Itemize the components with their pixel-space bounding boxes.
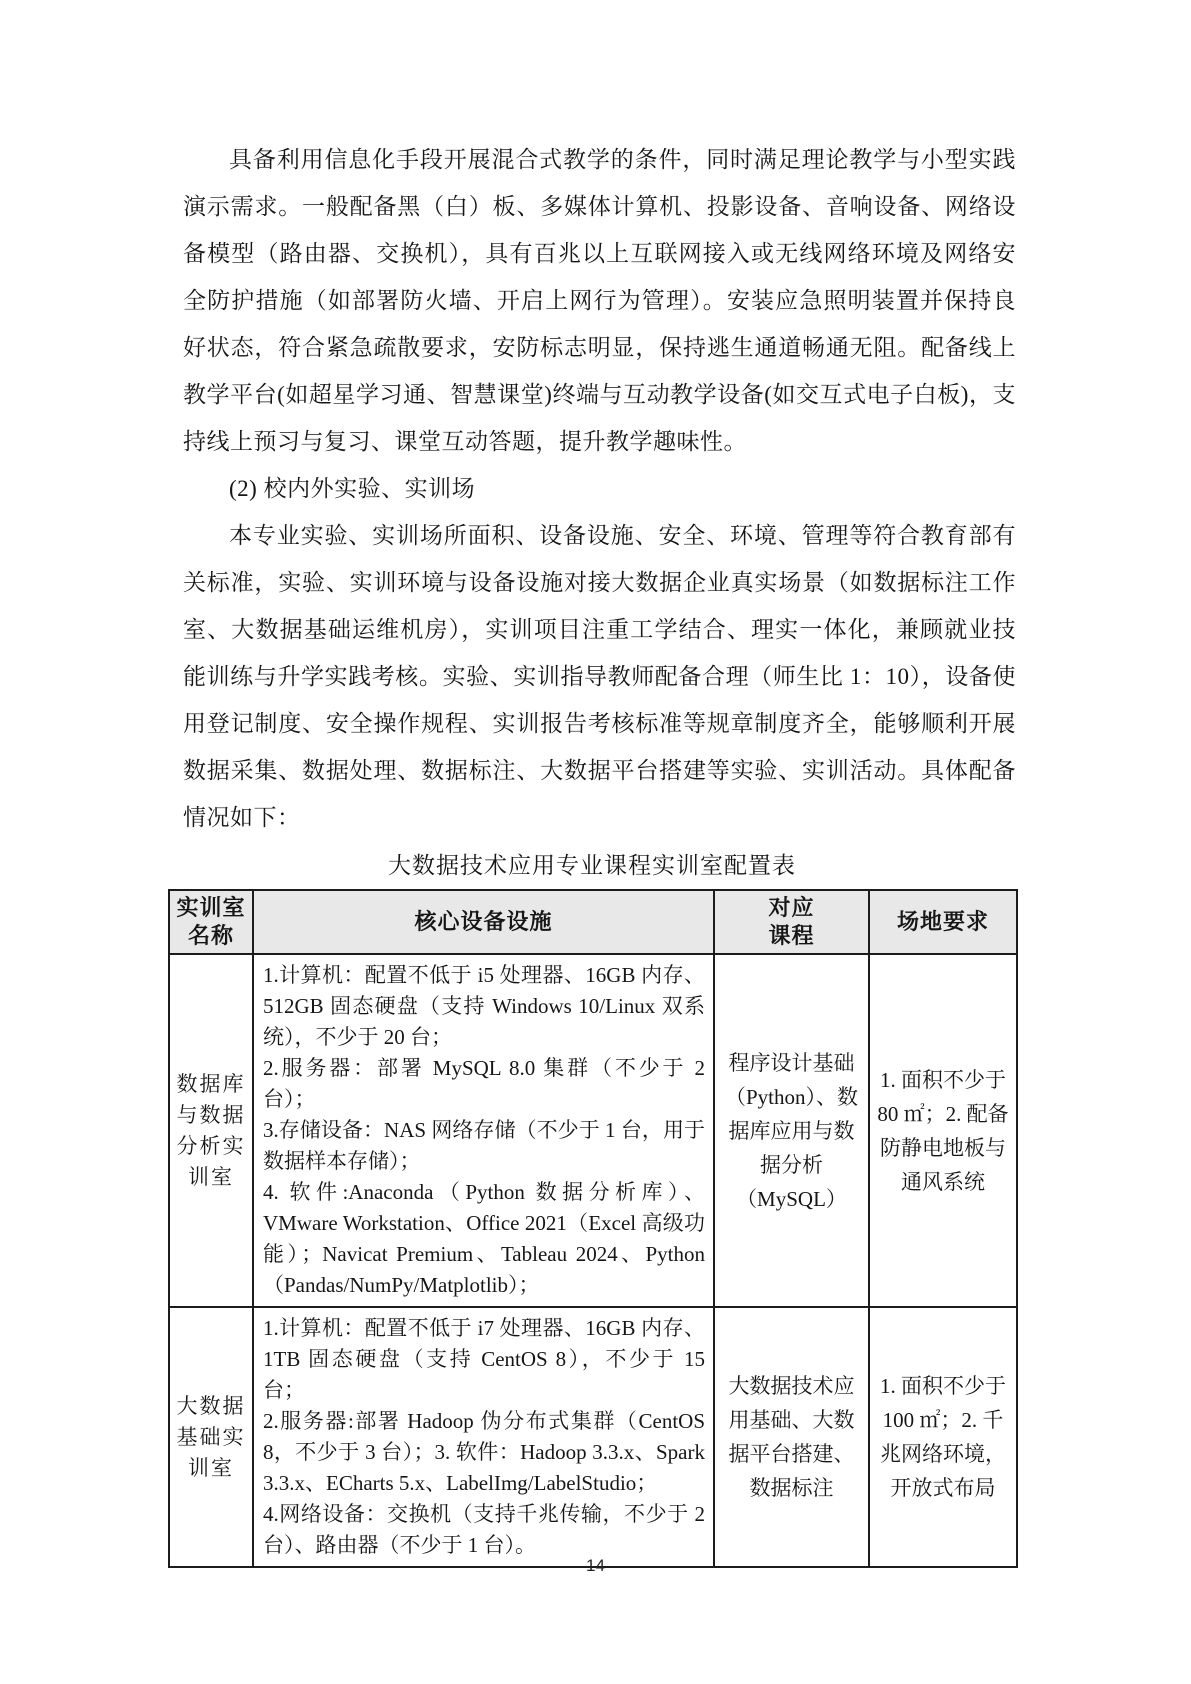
- courses-cell: 大数据技术应用基础、大数据平台搭建、数据标注: [714, 1307, 869, 1567]
- header-room-name: 实训室 名称: [169, 890, 253, 954]
- equipment-cell: 1.计算机：配置不低于 i5 处理器、16GB 内存、512GB 固态硬盘（支持…: [253, 954, 714, 1307]
- room-name-cell: 数据库 与数据 分析实 训室: [169, 954, 253, 1307]
- room-name-cell: 大数据 基础实 训室: [169, 1307, 253, 1567]
- paragraph-training-facilities: 本专业实验、实训场所面积、设备设施、安全、环境、管理等符合教育部有关标准，实验、…: [183, 512, 1016, 841]
- header-site: 场地要求: [869, 890, 1017, 954]
- training-room-config-table: 实训室 名称 核心设备设施 对应 课程 场地要求 数据库 与数据 分析实 训室 …: [168, 889, 1018, 1568]
- table-title: 大数据技术应用专业课程实训室配置表: [168, 843, 1016, 889]
- table-row-bigdata-lab: 大数据 基础实 训室 1.计算机：配置不低于 i7 处理器、16GB 内存、1T…: [169, 1307, 1017, 1567]
- table-row-database-lab: 数据库 与数据 分析实 训室 1.计算机：配置不低于 i5 处理器、16GB 内…: [169, 954, 1017, 1307]
- equipment-cell: 1.计算机：配置不低于 i7 处理器、16GB 内存、1TB 固态硬盘（支持 C…: [253, 1307, 714, 1567]
- page-number: 14: [0, 1556, 1191, 1576]
- paragraph-classroom-conditions: 具备利用信息化手段开展混合式教学的条件，同时满足理论教学与小型实践演示需求。一般…: [183, 136, 1016, 465]
- section-heading: (2) 校内外实验、实训场: [183, 465, 1016, 512]
- site-cell: 1. 面积不少于 80 ㎡；2. 配备防静电地板与通风系统: [869, 954, 1017, 1307]
- table-header-row: 实训室 名称 核心设备设施 对应 课程 场地要求: [169, 890, 1017, 954]
- document-page: 具备利用信息化手段开展混合式教学的条件，同时满足理论教学与小型实践演示需求。一般…: [0, 0, 1191, 1684]
- site-cell: 1. 面积不少于 100 ㎡；2. 千兆网络环境，开放式布局: [869, 1307, 1017, 1567]
- courses-cell: 程序设计基础（Python）、数据库应用与数据分析（MySQL）: [714, 954, 869, 1307]
- header-equipment: 核心设备设施: [253, 890, 714, 954]
- header-courses: 对应 课程: [714, 890, 869, 954]
- content-column: 具备利用信息化手段开展混合式教学的条件，同时满足理论教学与小型实践演示需求。一般…: [168, 136, 1016, 1568]
